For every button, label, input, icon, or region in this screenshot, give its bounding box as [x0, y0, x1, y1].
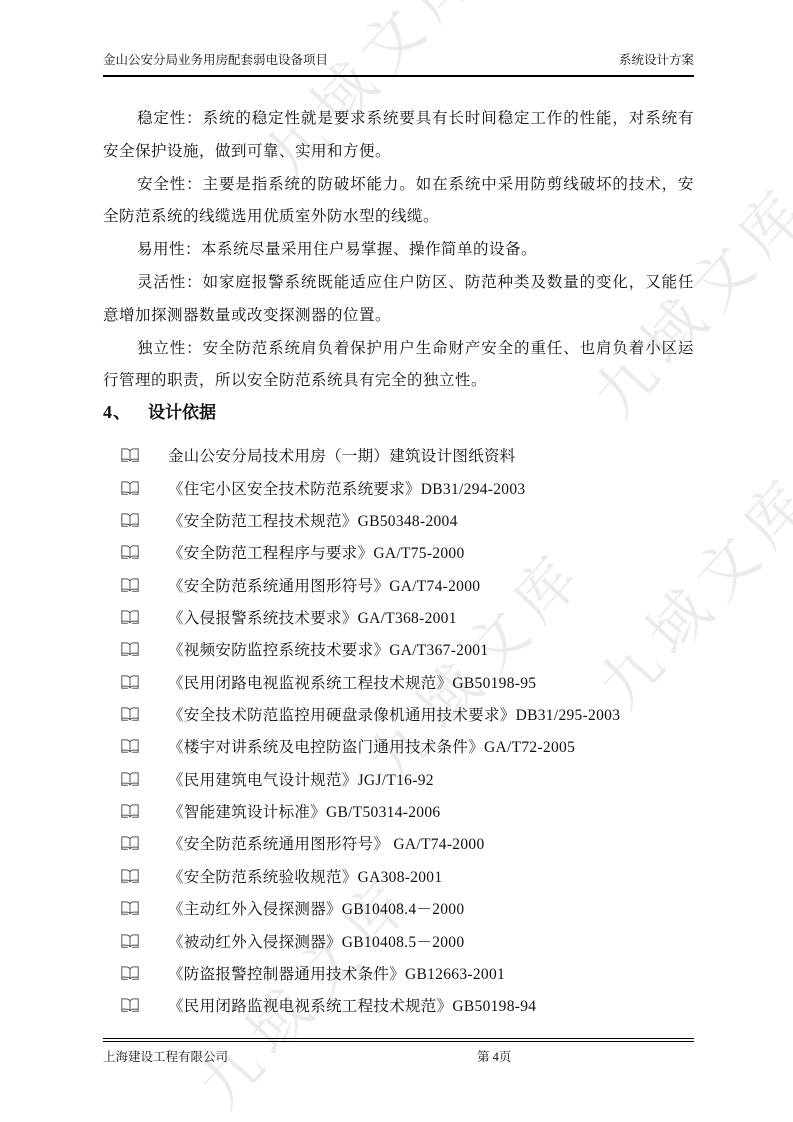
reference-text: 《安全防范工程程序与要求》GA/T75-2000	[168, 541, 465, 563]
page-footer: 上海建设工程有限公司 第 4页	[103, 1038, 694, 1066]
section-number: 4、	[103, 400, 132, 424]
reference-text: 《民用建筑电气设计规范》JGJ/T16-92	[168, 768, 434, 790]
reference-item: 《安全防范系统验收规范》GA308-2001	[103, 860, 694, 892]
open-book-icon	[120, 544, 140, 560]
header-doc-type: 系统设计方案	[619, 50, 694, 70]
reference-text: 《主动红外入侵探测器》GB10408.4－2000	[168, 897, 464, 919]
footer-rule	[103, 1038, 694, 1042]
open-book-icon	[120, 933, 140, 949]
reference-item: 《楼宇对讲系统及电控防盗门通用技术条件》GA/T72-2005	[103, 730, 694, 762]
open-book-icon	[120, 771, 140, 787]
reference-item: 《安全防范系统通用图形符号》GA/T74-2000	[103, 569, 694, 601]
reference-text: 《智能建筑设计标准》GB/T50314-2006	[168, 800, 440, 822]
reference-text: 《安全防范工程技术规范》GB50348-2004	[168, 509, 458, 531]
paragraph-security: 安全性：主要是指系统的防破坏能力。如在系统中采用防剪线破坏的技术，安全防范系统的…	[103, 169, 694, 235]
reference-item: 《防盗报警控制器通用技术条件》GB12663-2001	[103, 957, 694, 989]
reference-text: 《楼宇对讲系统及电控防盗门通用技术条件》GA/T72-2005	[168, 735, 575, 757]
reference-item: 《民用建筑电气设计规范》JGJ/T16-92	[103, 763, 694, 795]
page-header: 金山公安分局业务用房配套弱电设备项目 系统设计方案	[103, 50, 694, 77]
footer-company: 上海建设工程有限公司	[103, 1050, 228, 1064]
open-book-icon	[120, 609, 140, 625]
page-footer-row: 上海建设工程有限公司 第 4页	[103, 1048, 694, 1066]
open-book-icon	[120, 965, 140, 981]
reference-text: 《安全防范系统通用图形符号》 GA/T74-2000	[168, 832, 485, 854]
open-book-icon	[120, 641, 140, 657]
reference-item: 《安全技术防范监控用硬盘录像机通用技术要求》DB31/295-2003	[103, 698, 694, 730]
reference-text: 《防盗报警控制器通用技术条件》GB12663-2001	[168, 962, 505, 984]
reference-item: 《住宅小区安全技术防范系统要求》DB31/294-2003	[103, 472, 694, 504]
reference-text: 《住宅小区安全技术防范系统要求》DB31/294-2003	[168, 477, 525, 499]
reference-text: 《入侵报警系统技术要求》GA/T368-2001	[168, 606, 457, 628]
reference-item: 《安全防范系统通用图形符号》 GA/T74-2000	[103, 827, 694, 859]
reference-item: 《安全防范工程程序与要求》GA/T75-2000	[103, 536, 694, 568]
page-header-row: 金山公安分局业务用房配套弱电设备项目 系统设计方案	[103, 50, 694, 77]
reference-item: 《安全防范工程技术规范》GB50348-2004	[103, 504, 694, 536]
reference-text: 《民用闭路监视电视系统工程技术规范》GB50198-94	[168, 994, 536, 1016]
reference-item: 《入侵报警系统技术要求》GA/T368-2001	[103, 601, 694, 633]
reference-text: 《安全防范系统通用图形符号》GA/T74-2000	[168, 574, 480, 596]
reference-item: 《主动红外入侵探测器》GB10408.4－2000	[103, 892, 694, 924]
reference-text: 《民用闭路电视监视系统工程技术规范》GB50198-95	[168, 671, 536, 693]
open-book-icon	[120, 803, 140, 819]
paragraph-usability: 易用性：本系统尽量采用住户易掌握、操作简单的设备。	[103, 234, 694, 267]
open-book-icon	[120, 835, 140, 851]
document-body: 稳定性：系统的稳定性就是要求系统要具有长时间稳定工作的性能，对系统有安全保护设施…	[103, 103, 694, 1021]
open-book-icon	[120, 480, 140, 496]
reference-item: 《视频安防监控系统技术要求》GA/T367-2001	[103, 633, 694, 665]
open-book-icon	[120, 674, 140, 690]
reference-text: 金山公安分局技术用房（一期）建筑设计图纸资料	[168, 444, 516, 466]
reference-text: 《安全防范系统验收规范》GA308-2001	[168, 865, 442, 887]
reference-item: 《被动红外入侵探测器》GB10408.5－2000	[103, 924, 694, 956]
open-book-icon	[120, 447, 140, 463]
reference-list: 金山公安分局技术用房（一期）建筑设计图纸资料 《住宅小区安全技术防范系统要求》D…	[103, 439, 694, 1021]
reference-text: 《被动红外入侵探测器》GB10408.5－2000	[168, 930, 464, 952]
section-heading: 4、 设计依据	[103, 400, 694, 425]
open-book-icon	[120, 997, 140, 1013]
section-title: 设计依据	[148, 401, 216, 425]
reference-item: 《民用闭路电视监视系统工程技术规范》GB50198-95	[103, 666, 694, 698]
paragraph-independence: 独立性：安全防范系统肩负着保护用户生命财产安全的重任、也肩负着小区运行管理的职责…	[103, 333, 694, 399]
document-page: 九域文库 九域文库 九域文库 九域文库 九域文库 金山公安分局业务用房配套弱电设…	[0, 0, 793, 1122]
open-book-icon	[120, 900, 140, 916]
open-book-icon	[120, 577, 140, 593]
reference-text: 《视频安防监控系统技术要求》GA/T367-2001	[168, 638, 488, 660]
reference-text: 《安全技术防范监控用硬盘录像机通用技术要求》DB31/295-2003	[168, 703, 620, 725]
reference-item: 《民用闭路监视电视系统工程技术规范》GB50198-94	[103, 989, 694, 1021]
open-book-icon	[120, 512, 140, 528]
open-book-icon	[120, 706, 140, 722]
paragraph-flexibility: 灵活性：如家庭报警系统既能适应住户防区、防范种类及数量的变化，又能任意增加探测器…	[103, 267, 694, 333]
open-book-icon	[120, 738, 140, 754]
paragraph-stability: 稳定性：系统的稳定性就是要求系统要具有长时间稳定工作的性能，对系统有安全保护设施…	[103, 103, 694, 169]
open-book-icon	[120, 868, 140, 884]
reference-item: 金山公安分局技术用房（一期）建筑设计图纸资料	[103, 439, 694, 471]
footer-page-number: 第 4页	[477, 1048, 511, 1066]
reference-item: 《智能建筑设计标准》GB/T50314-2006	[103, 795, 694, 827]
header-project-title: 金山公安分局业务用房配套弱电设备项目	[103, 50, 328, 70]
